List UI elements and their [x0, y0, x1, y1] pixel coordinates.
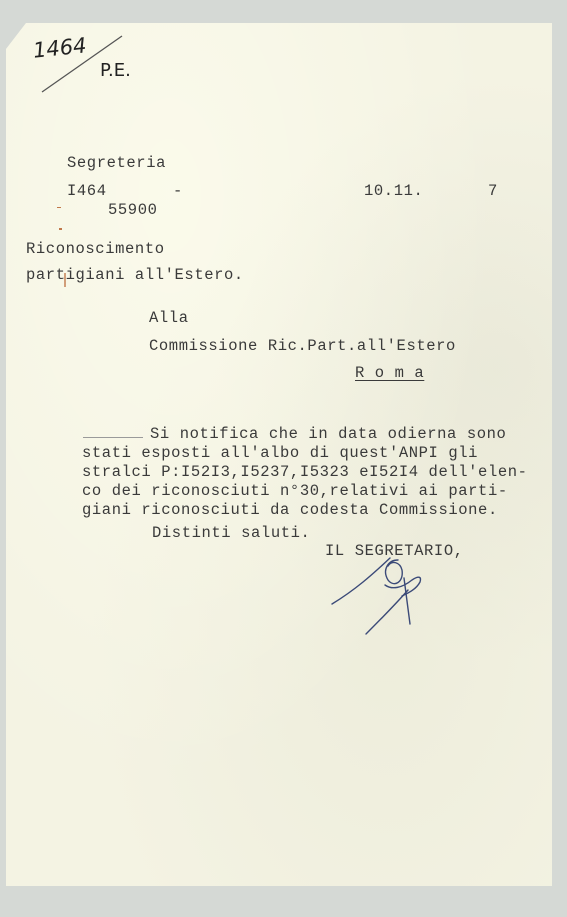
- signature-icon: [0, 0, 567, 917]
